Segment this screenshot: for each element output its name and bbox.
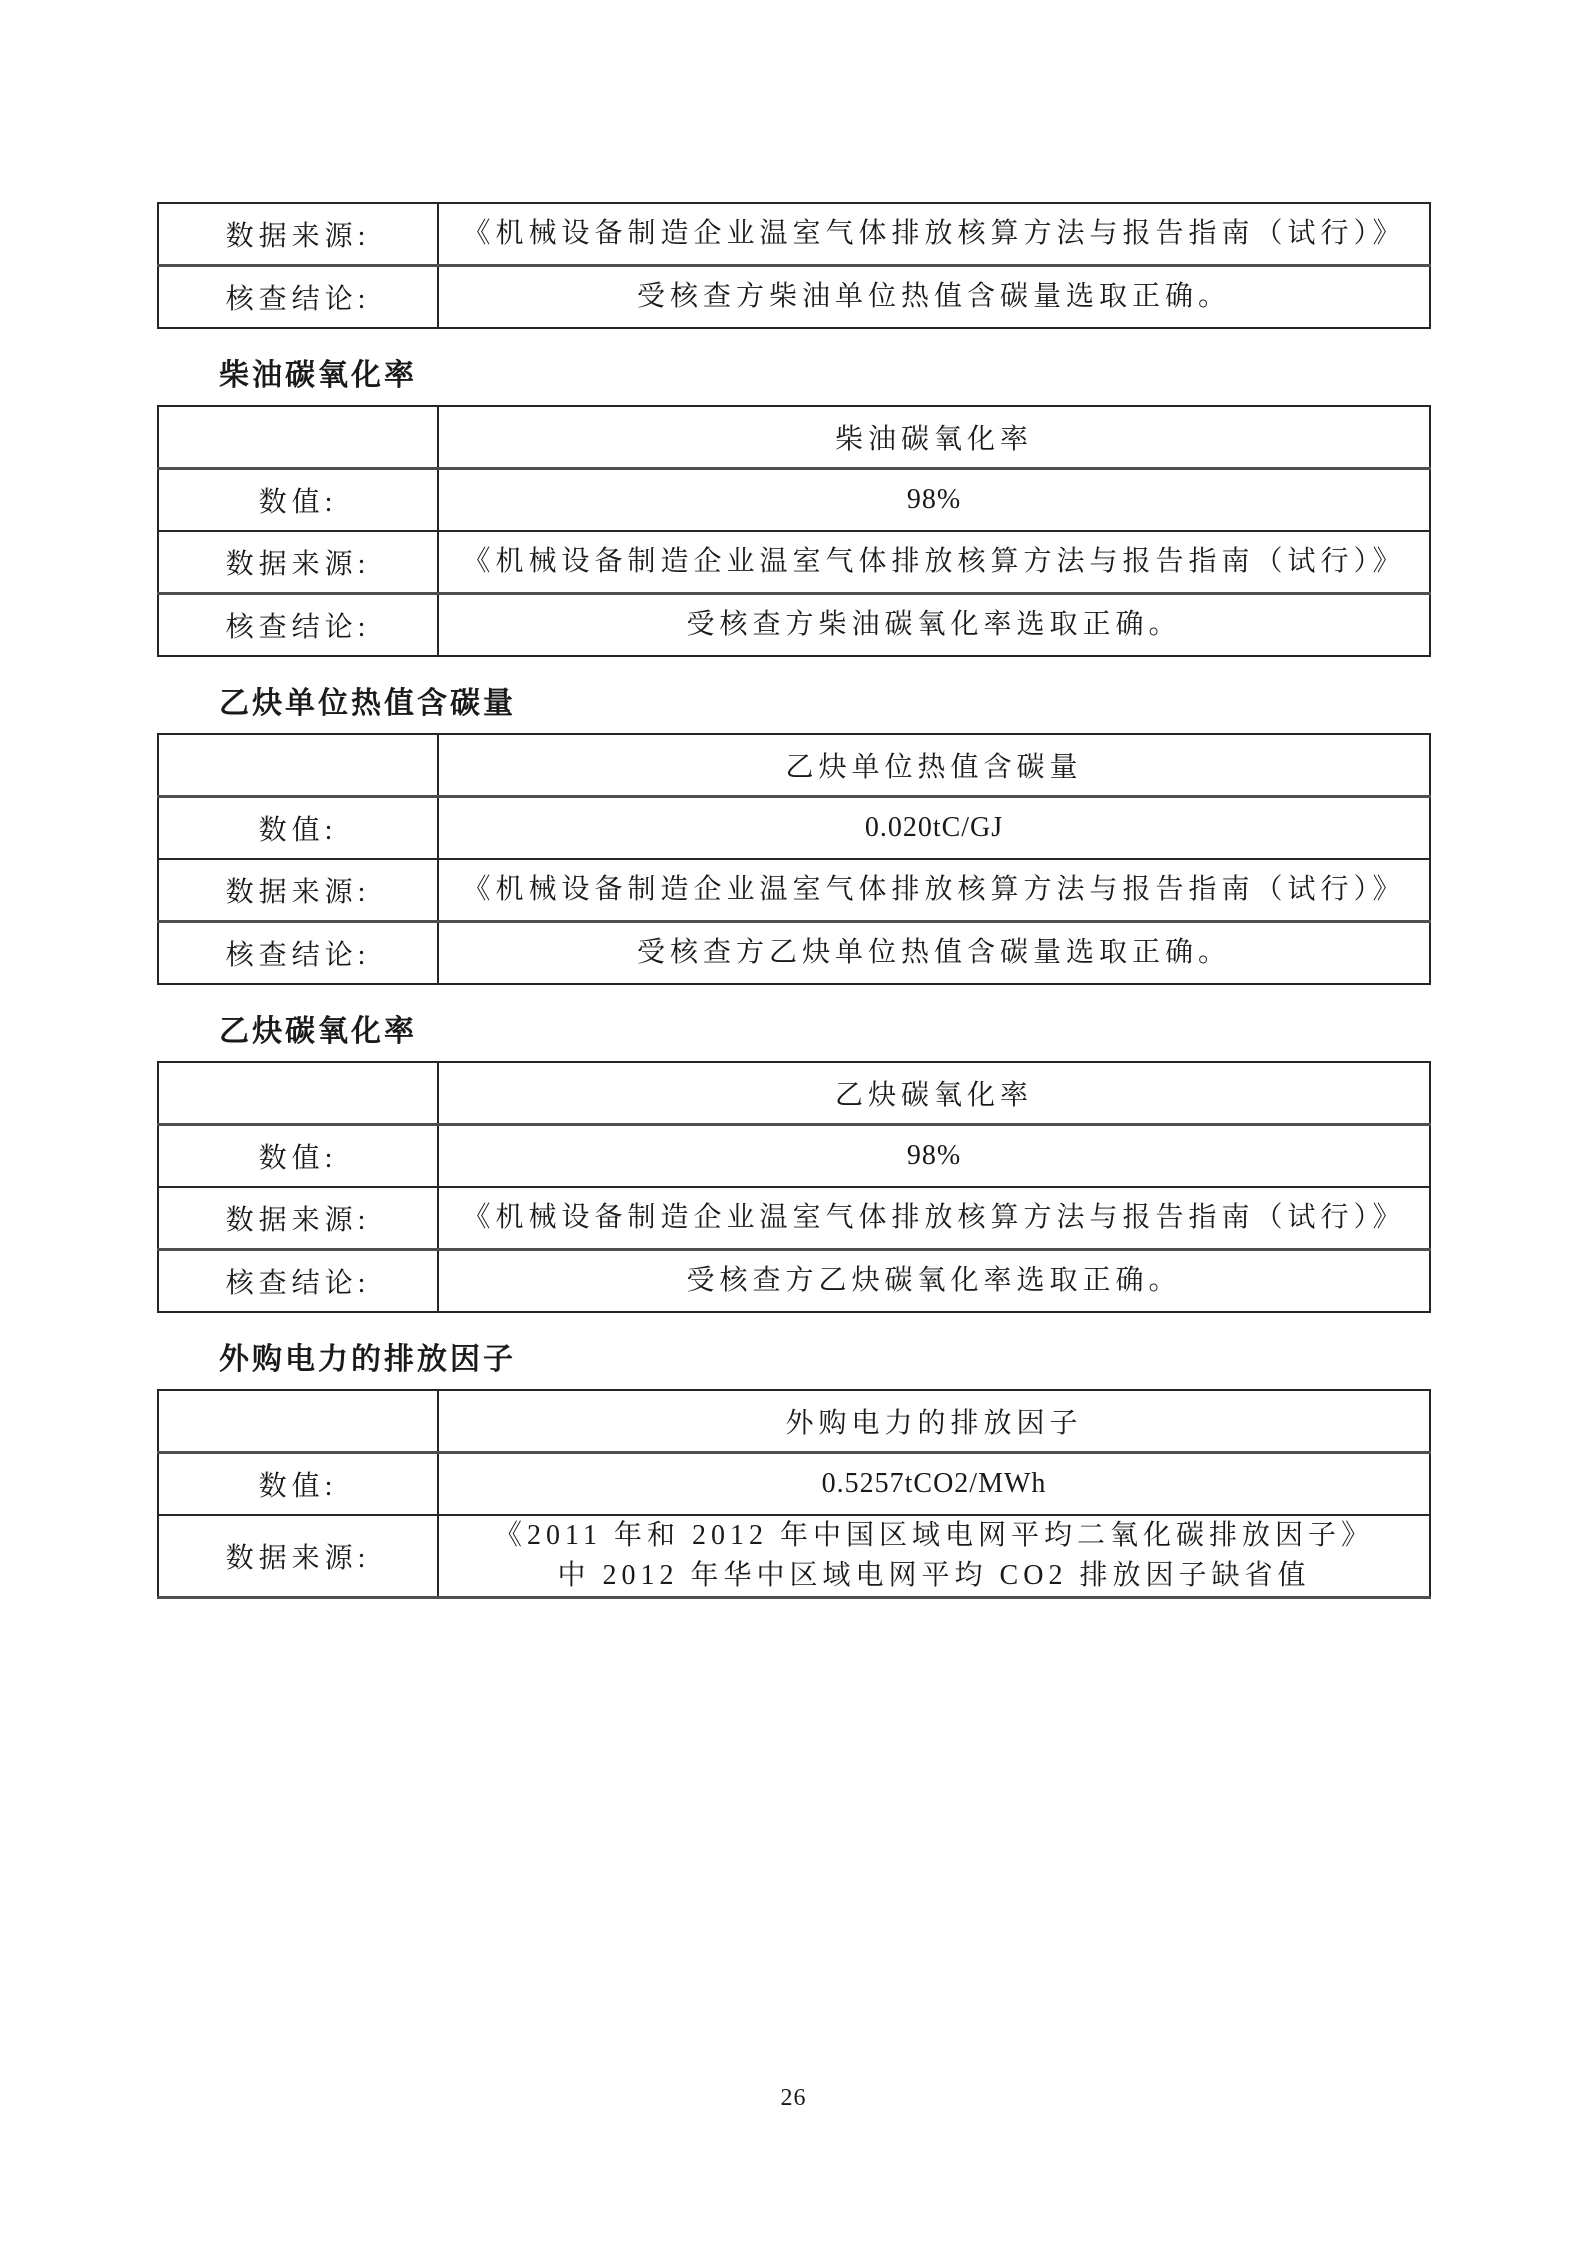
table-row: 数据来源:《2011 年和 2012 年中国区域电网平均二氧化碳排放因子》中 2… bbox=[158, 1515, 1430, 1598]
row-value-cell: 《机械设备制造企业温室气体排放核算方法与报告指南（试行）》 bbox=[438, 531, 1430, 594]
table-header-empty-cell bbox=[158, 1390, 438, 1453]
table-row: 数值:98% bbox=[158, 469, 1430, 532]
row-label-cell: 数值: bbox=[158, 469, 438, 532]
table-header-row: 外购电力的排放因子 bbox=[158, 1390, 1430, 1453]
table-row: 数据来源:《机械设备制造企业温室气体排放核算方法与报告指南（试行）》 bbox=[158, 1187, 1430, 1250]
row-label-cell: 数据来源: bbox=[158, 1515, 438, 1598]
table-header-empty-cell bbox=[158, 406, 438, 469]
table-row: 核查结论:受核查方乙炔碳氧化率选取正确。 bbox=[158, 1250, 1430, 1313]
table-row: 数据来源:《机械设备制造企业温室气体排放核算方法与报告指南（试行）》 bbox=[158, 531, 1430, 594]
row-label-cell: 核查结论: bbox=[158, 266, 438, 329]
row-value-cell: 0.020tC/GJ bbox=[438, 797, 1430, 860]
row-value-line: 受核查方乙炔单位热值含碳量选取正确。 bbox=[447, 933, 1421, 973]
section-heading: 外购电力的排放因子 bbox=[219, 1341, 1431, 1379]
row-value-cell: 98% bbox=[438, 1125, 1430, 1188]
row-value-line: 《机械设备制造企业温室气体排放核算方法与报告指南（试行）》 bbox=[447, 870, 1421, 910]
table-header-empty-cell bbox=[158, 1062, 438, 1125]
table-row: 核查结论:受核查方乙炔单位热值含碳量选取正确。 bbox=[158, 922, 1430, 985]
table-header-empty-cell bbox=[158, 734, 438, 797]
row-value-cell: 0.5257tCO2/MWh bbox=[438, 1453, 1430, 1516]
table-header-cell: 柴油碳氧化率 bbox=[438, 406, 1430, 469]
row-value-cell: 受核查方乙炔碳氧化率选取正确。 bbox=[438, 1250, 1430, 1313]
row-label-cell: 数值: bbox=[158, 1125, 438, 1188]
section-heading: 乙炔碳氧化率 bbox=[219, 1013, 1431, 1051]
row-value-cell: 受核查方柴油碳氧化率选取正确。 bbox=[438, 594, 1430, 657]
row-label-cell: 数据来源: bbox=[158, 531, 438, 594]
table-row: 核查结论:受核查方柴油单位热值含碳量选取正确。 bbox=[158, 266, 1430, 329]
row-value-line: 《2011 年和 2012 年中国区域电网平均二氧化碳排放因子》 bbox=[447, 1516, 1421, 1556]
table-row: 数值:0.5257tCO2/MWh bbox=[158, 1453, 1430, 1516]
table-header-cell: 乙炔碳氧化率 bbox=[438, 1062, 1430, 1125]
section-heading: 乙炔单位热值含碳量 bbox=[219, 685, 1431, 723]
table-header-row: 乙炔单位热值含碳量 bbox=[158, 734, 1430, 797]
row-value-line: 《机械设备制造企业温室气体排放核算方法与报告指南（试行）》 bbox=[447, 542, 1421, 582]
row-label-cell: 核查结论: bbox=[158, 1250, 438, 1313]
row-value-cell: 《2011 年和 2012 年中国区域电网平均二氧化碳排放因子》中 2012 年… bbox=[438, 1515, 1430, 1598]
row-value-cell: 《机械设备制造企业温室气体排放核算方法与报告指南（试行）》 bbox=[438, 1187, 1430, 1250]
row-value-cell: 受核查方乙炔单位热值含碳量选取正确。 bbox=[438, 922, 1430, 985]
row-value-line: 0.020tC/GJ bbox=[447, 808, 1421, 848]
row-value-line: 《机械设备制造企业温室气体排放核算方法与报告指南（试行）》 bbox=[447, 214, 1421, 254]
row-label-cell: 数据来源: bbox=[158, 1187, 438, 1250]
row-label-cell: 核查结论: bbox=[158, 922, 438, 985]
table-row: 数值:0.020tC/GJ bbox=[158, 797, 1430, 860]
row-value-line: 98% bbox=[447, 480, 1421, 520]
section-heading: 柴油碳氧化率 bbox=[219, 357, 1431, 395]
info-table: 外购电力的排放因子数值:0.5257tCO2/MWh数据来源:《2011 年和 … bbox=[157, 1389, 1431, 1599]
row-value-line: 中 2012 年华中区域电网平均 CO2 排放因子缺省值 bbox=[447, 1556, 1421, 1596]
row-label-cell: 数据来源: bbox=[158, 203, 438, 266]
table-row: 核查结论:受核查方柴油碳氧化率选取正确。 bbox=[158, 594, 1430, 657]
row-label-cell: 数值: bbox=[158, 1453, 438, 1516]
row-value-cell: 《机械设备制造企业温室气体排放核算方法与报告指南（试行）》 bbox=[438, 203, 1430, 266]
row-value-line: 《机械设备制造企业温室气体排放核算方法与报告指南（试行）》 bbox=[447, 1198, 1421, 1238]
row-value-line: 98% bbox=[447, 1136, 1421, 1176]
table-row: 数据来源:《机械设备制造企业温室气体排放核算方法与报告指南（试行）》 bbox=[158, 859, 1430, 922]
table-header-cell: 外购电力的排放因子 bbox=[438, 1390, 1430, 1453]
info-table: 数据来源:《机械设备制造企业温室气体排放核算方法与报告指南（试行）》核查结论:受… bbox=[157, 202, 1431, 329]
page-content: 数据来源:《机械设备制造企业温室气体排放核算方法与报告指南（试行）》核查结论:受… bbox=[157, 202, 1431, 1599]
row-label-cell: 数据来源: bbox=[158, 859, 438, 922]
row-value-cell: 受核查方柴油单位热值含碳量选取正确。 bbox=[438, 266, 1430, 329]
info-table: 乙炔碳氧化率数值:98%数据来源:《机械设备制造企业温室气体排放核算方法与报告指… bbox=[157, 1061, 1431, 1313]
row-label-cell: 核查结论: bbox=[158, 594, 438, 657]
row-label-cell: 数值: bbox=[158, 797, 438, 860]
row-value-cell: 《机械设备制造企业温室气体排放核算方法与报告指南（试行）》 bbox=[438, 859, 1430, 922]
row-value-line: 受核查方乙炔碳氧化率选取正确。 bbox=[447, 1261, 1421, 1301]
page-number: 26 bbox=[0, 2085, 1587, 2112]
info-table: 柴油碳氧化率数值:98%数据来源:《机械设备制造企业温室气体排放核算方法与报告指… bbox=[157, 405, 1431, 657]
row-value-line: 受核查方柴油单位热值含碳量选取正确。 bbox=[447, 277, 1421, 317]
row-value-line: 0.5257tCO2/MWh bbox=[447, 1464, 1421, 1504]
row-value-line: 受核查方柴油碳氧化率选取正确。 bbox=[447, 605, 1421, 645]
table-header-cell: 乙炔单位热值含碳量 bbox=[438, 734, 1430, 797]
table-row: 数值:98% bbox=[158, 1125, 1430, 1188]
table-header-row: 柴油碳氧化率 bbox=[158, 406, 1430, 469]
info-table: 乙炔单位热值含碳量数值:0.020tC/GJ数据来源:《机械设备制造企业温室气体… bbox=[157, 733, 1431, 985]
row-value-cell: 98% bbox=[438, 469, 1430, 532]
table-row: 数据来源:《机械设备制造企业温室气体排放核算方法与报告指南（试行）》 bbox=[158, 203, 1430, 266]
table-header-row: 乙炔碳氧化率 bbox=[158, 1062, 1430, 1125]
